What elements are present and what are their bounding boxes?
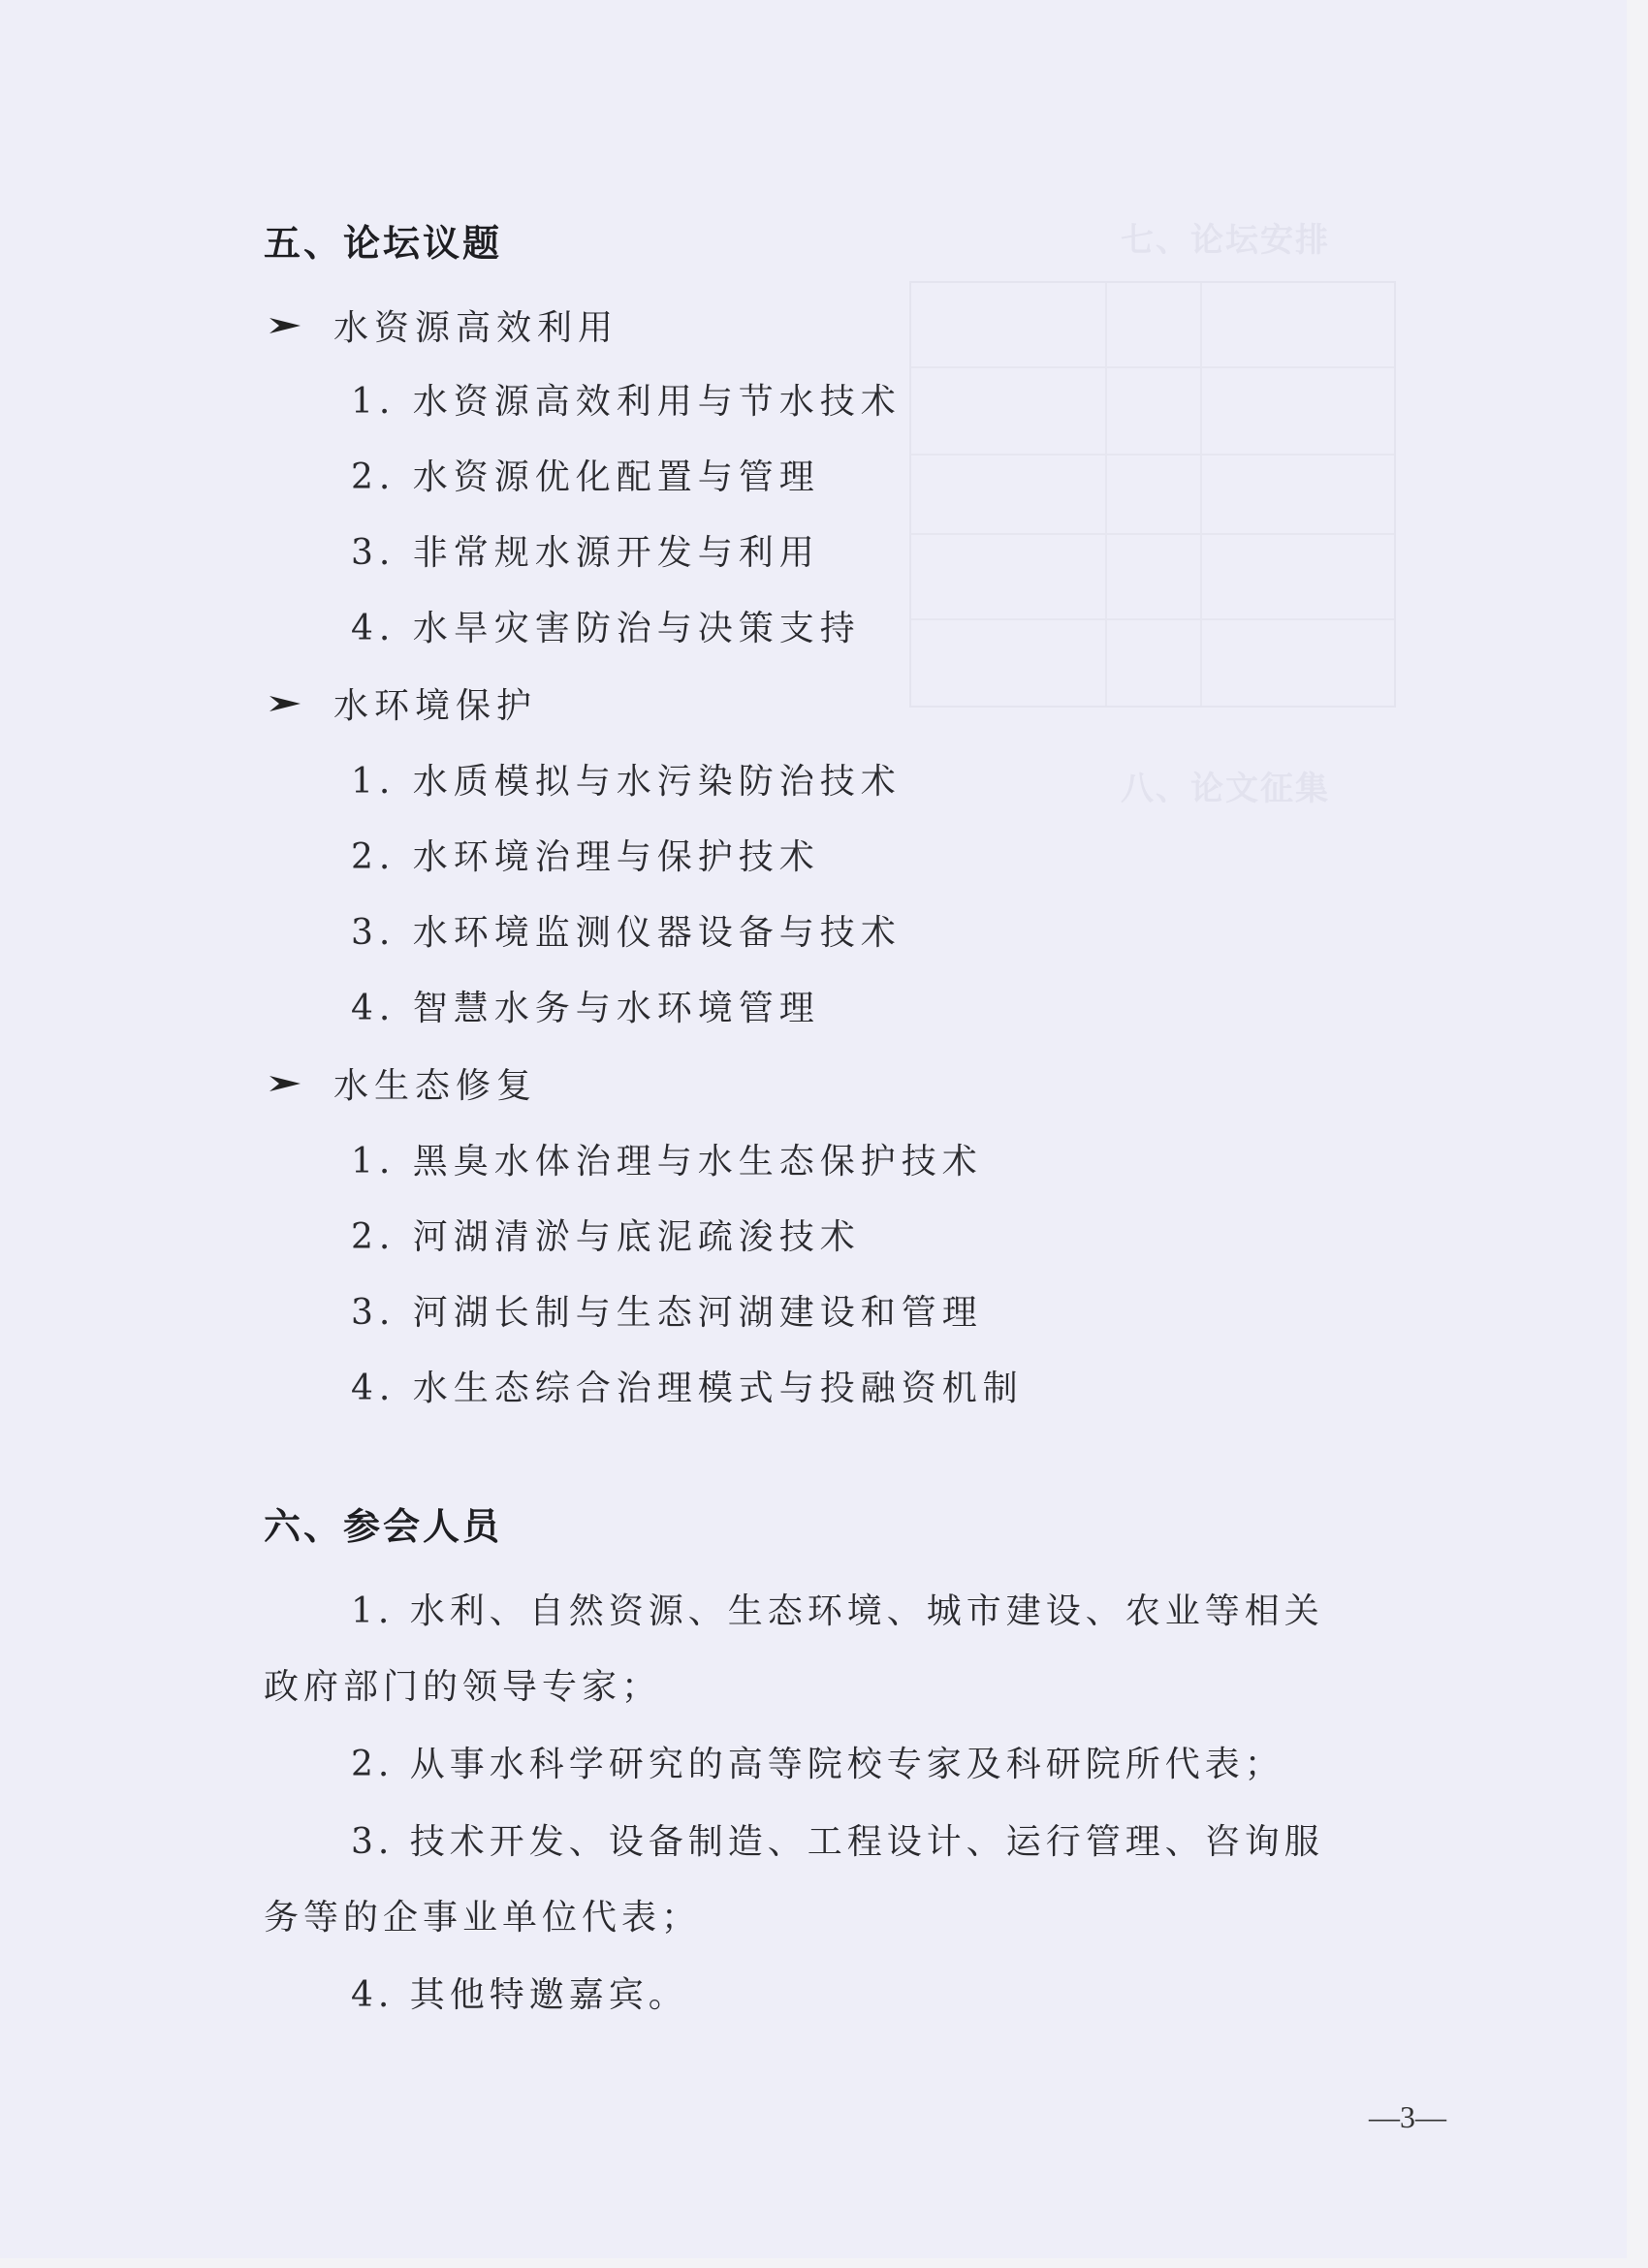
topic-group-water-ecology: 水生态修复 [268,1058,537,1108]
topic-item: 1. 水质模拟与水污染防治技术 [351,754,902,803]
topic-item: 2. 水环境治理与保护技术 [351,830,820,879]
topic-item: 2. 河湖清淤与底泥疏浚技术 [351,1210,861,1259]
participant-item-line: 3. 技术开发、设备制造、工程设计、运行管理、咨询服 [351,1814,1324,1864]
page-edge [1627,0,1648,2268]
arrow-bullet-icon [268,1074,302,1093]
topic-item: 2. 水资源优化配置与管理 [351,450,820,499]
topic-item: 4. 水旱灾害防治与决策支持 [351,601,861,650]
section-heading-topics: 五、论坛议题 [264,213,502,267]
bleed-schedule-table [909,281,1396,708]
topic-group-title: 水生态修复 [333,1058,537,1108]
participant-item-line: 政府部门的领导专家； [264,1659,661,1709]
topic-item: 1. 黑臭水体治理与水生态保护技术 [351,1134,983,1183]
participant-item-line: 2. 从事水科学研究的高等院校专家及科研院所代表； [351,1737,1284,1786]
participant-item-line: 务等的企事业单位代表； [264,1890,701,1939]
participant-item-line: 1. 水利、自然资源、生态环境、城市建设、农业等相关 [351,1584,1324,1633]
section-heading-participants: 六、参会人员 [264,1496,502,1550]
topic-item: 4. 智慧水务与水环境管理 [351,981,820,1030]
bleed-heading-8: 八、论文征集 [1121,762,1330,809]
arrow-bullet-icon [268,316,302,335]
topic-group-title: 水环境保护 [333,678,537,728]
topic-item: 3. 河湖长制与生态河湖建设和管理 [351,1285,983,1335]
topic-group-title: 水资源高效利用 [333,300,618,350]
arrow-bullet-icon [268,694,302,713]
page-number: —3— [1369,2099,1446,2135]
topic-item: 1. 水资源高效利用与节水技术 [351,374,902,424]
topic-item: 3. 水环境监测仪器设备与技术 [351,905,902,955]
topic-item: 3. 非常规水源开发与利用 [351,525,820,575]
topic-item: 4. 水生态综合治理模式与投融资机制 [351,1361,1024,1410]
bleed-heading-7: 七、论坛安排 [1121,213,1330,261]
topic-group-water-environment: 水环境保护 [268,678,537,728]
page-edge-bottom [0,2258,1648,2268]
topic-group-water-resources: 水资源高效利用 [268,300,618,350]
participant-item-line: 4. 其他特邀嘉宾。 [351,1968,688,2017]
